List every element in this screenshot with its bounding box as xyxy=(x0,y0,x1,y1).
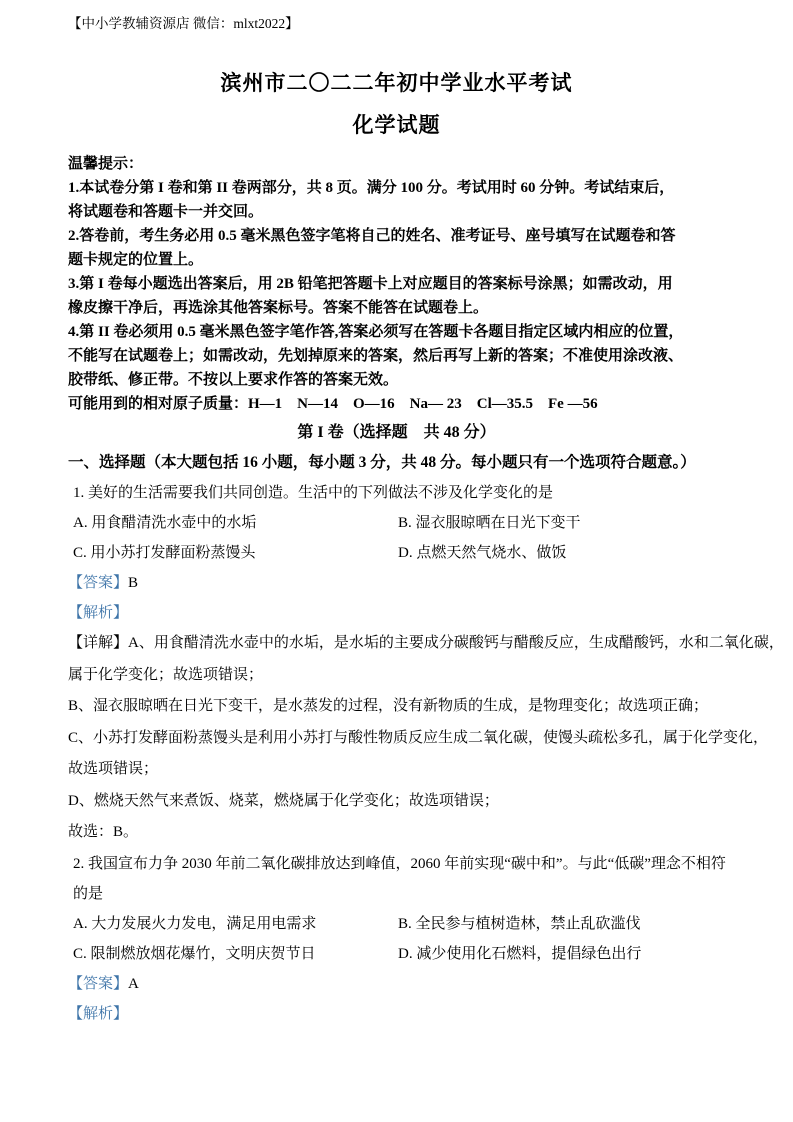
notice-section: 温馨提示： 1.本试卷分第 I 卷和第 II 卷两部分，共 8 页。满分 100… xyxy=(68,152,733,416)
notice-line-8: 不能写在试题卷上；如需改动，先划掉原来的答案，然后再写上新的答案；不准使用涂改液… xyxy=(68,344,733,368)
exam-document-page: 【中小学教辅资源店 微信：mlxt2022】 滨州市二〇二二年初中学业水平考试 … xyxy=(0,0,793,1122)
question-1-detail-line-7: 故选：B。 xyxy=(68,817,793,849)
question-1-detail-line-6: D、燃烧天然气来煮饭、烧菜，燃烧属于化学变化；故选项错误； xyxy=(68,786,793,818)
answer-label: 【答案】 xyxy=(68,976,128,992)
question-1-detail-line-3: B、湿衣服晾晒在日光下变干，是水蒸发的过程，没有新物质的生成，是物理变化；故选项… xyxy=(68,691,793,723)
question-2: 2. 我国宣布力争 2030 年前二氧化碳排放达到峰值，2060 年前实现“碳中… xyxy=(68,849,793,1029)
question-2-stem-line-1: 2. 我国宣布力争 2030 年前二氧化碳排放达到峰值，2060 年前实现“碳中… xyxy=(68,849,793,879)
notice-line-2: 将试题卷和答题卡一并交回。 xyxy=(68,200,733,224)
question-2-answer-line: 【答案】A xyxy=(68,969,793,999)
notice-heading: 温馨提示： xyxy=(68,152,733,176)
notice-line-1: 1.本试卷分第 I 卷和第 II 卷两部分，共 8 页。满分 100 分。考试用… xyxy=(68,176,733,200)
question-1-option-c: C. 用小苏打发酵面粉蒸馒头 xyxy=(73,538,398,568)
notice-line-7: 4.第 II 卷必须用 0.5 毫米黑色签字笔作答,答案必须写在答题卡各题目指定… xyxy=(68,320,733,344)
question-1: 1. 美好的生活需要我们共同创造。生活中的下列做法不涉及化学变化的是 A. 用食… xyxy=(68,478,793,849)
question-2-answer-value: A xyxy=(128,976,139,992)
question-2-options-row-2: C. 限制燃放烟花爆竹，文明庆贺节日 D. 减少使用化石燃料，提倡绿色出行 xyxy=(68,939,793,969)
question-1-analysis-line: 【解析】 xyxy=(68,598,793,628)
multiple-choice-intro: 一、选择题（本大题包括 16 小题，每小题 3 分，共 48 分。每小题只有一个… xyxy=(68,448,793,478)
question-1-detail-line-1: 【详解】A、用食醋清洗水壶中的水垢，是水垢的主要成分碳酸钙与醋酸反应，生成醋酸钙… xyxy=(68,628,793,660)
question-2-option-b: B. 全民参与植树造林，禁止乱砍滥伐 xyxy=(398,909,641,939)
question-1-detail-line-5: 故选项错误； xyxy=(68,754,793,786)
question-1-options-row-2: C. 用小苏打发酵面粉蒸馒头 D. 点燃天然气烧水、做饭 xyxy=(68,538,793,568)
notice-line-3: 2.答卷前，考生务必用 0.5 毫米黑色签字笔将自己的姓名、准考证号、座号填写在… xyxy=(68,224,733,248)
question-2-option-c: C. 限制燃放烟花爆竹，文明庆贺节日 xyxy=(73,939,398,969)
question-2-options-row-1: A. 大力发展火力发电，满足用电需求 B. 全民参与植树造林，禁止乱砍滥伐 xyxy=(68,909,793,939)
question-1-option-b: B. 湿衣服晾晒在日光下变干 xyxy=(398,508,581,538)
question-1-detail-line-4: C、小苏打发酵面粉蒸馒头是利用小苏打与酸性物质反应生成二氧化碳，使馒头疏松多孔，… xyxy=(68,723,793,755)
exam-subtitle: 化学试题 xyxy=(0,112,793,138)
notice-line-5: 3.第 I 卷每小题选出答案后，用 2B 铅笔把答题卡上对应题目的答案标号涂黑；… xyxy=(68,272,733,296)
question-1-answer-line: 【答案】B xyxy=(68,568,793,598)
question-1-detail-line-2: 属于化学变化；故选项错误； xyxy=(68,660,793,692)
question-2-analysis-line: 【解析】 xyxy=(68,999,793,1029)
question-1-answer-value: B xyxy=(128,575,138,591)
question-2-option-a: A. 大力发展火力发电，满足用电需求 xyxy=(73,909,398,939)
notice-line-6: 橡皮擦干净后，再选涂其他答案标号。答案不能答在试题卷上。 xyxy=(68,296,733,320)
part1-title: 第 I 卷（选择题 共 48 分） xyxy=(0,418,793,448)
store-watermark: 【中小学教辅资源店 微信：mlxt2022】 xyxy=(68,14,793,34)
atomic-mass-line: 可能用到的相对原子质量：H—1 N—14 O—16 Na— 23 Cl—35.5… xyxy=(68,392,733,416)
question-2-stem-line-2: 的是 xyxy=(68,879,793,909)
question-1-option-d: D. 点燃天然气烧水、做饭 xyxy=(398,538,566,568)
question-1-option-a: A. 用食醋清洗水壶中的水垢 xyxy=(73,508,398,538)
question-1-options-row-1: A. 用食醋清洗水壶中的水垢 B. 湿衣服晾晒在日光下变干 xyxy=(68,508,793,538)
notice-line-4: 题卡规定的位置上。 xyxy=(68,248,733,272)
answer-label: 【答案】 xyxy=(68,575,128,591)
analysis-label: 【解析】 xyxy=(68,1006,128,1022)
question-2-option-d: D. 减少使用化石燃料，提倡绿色出行 xyxy=(398,939,641,969)
analysis-label: 【解析】 xyxy=(68,605,128,621)
question-1-stem: 1. 美好的生活需要我们共同创造。生活中的下列做法不涉及化学变化的是 xyxy=(68,478,793,508)
exam-title: 滨州市二〇二二年初中学业水平考试 xyxy=(0,70,793,96)
notice-line-9: 胶带纸、修正带。不按以上要求作答的答案无效。 xyxy=(68,368,733,392)
